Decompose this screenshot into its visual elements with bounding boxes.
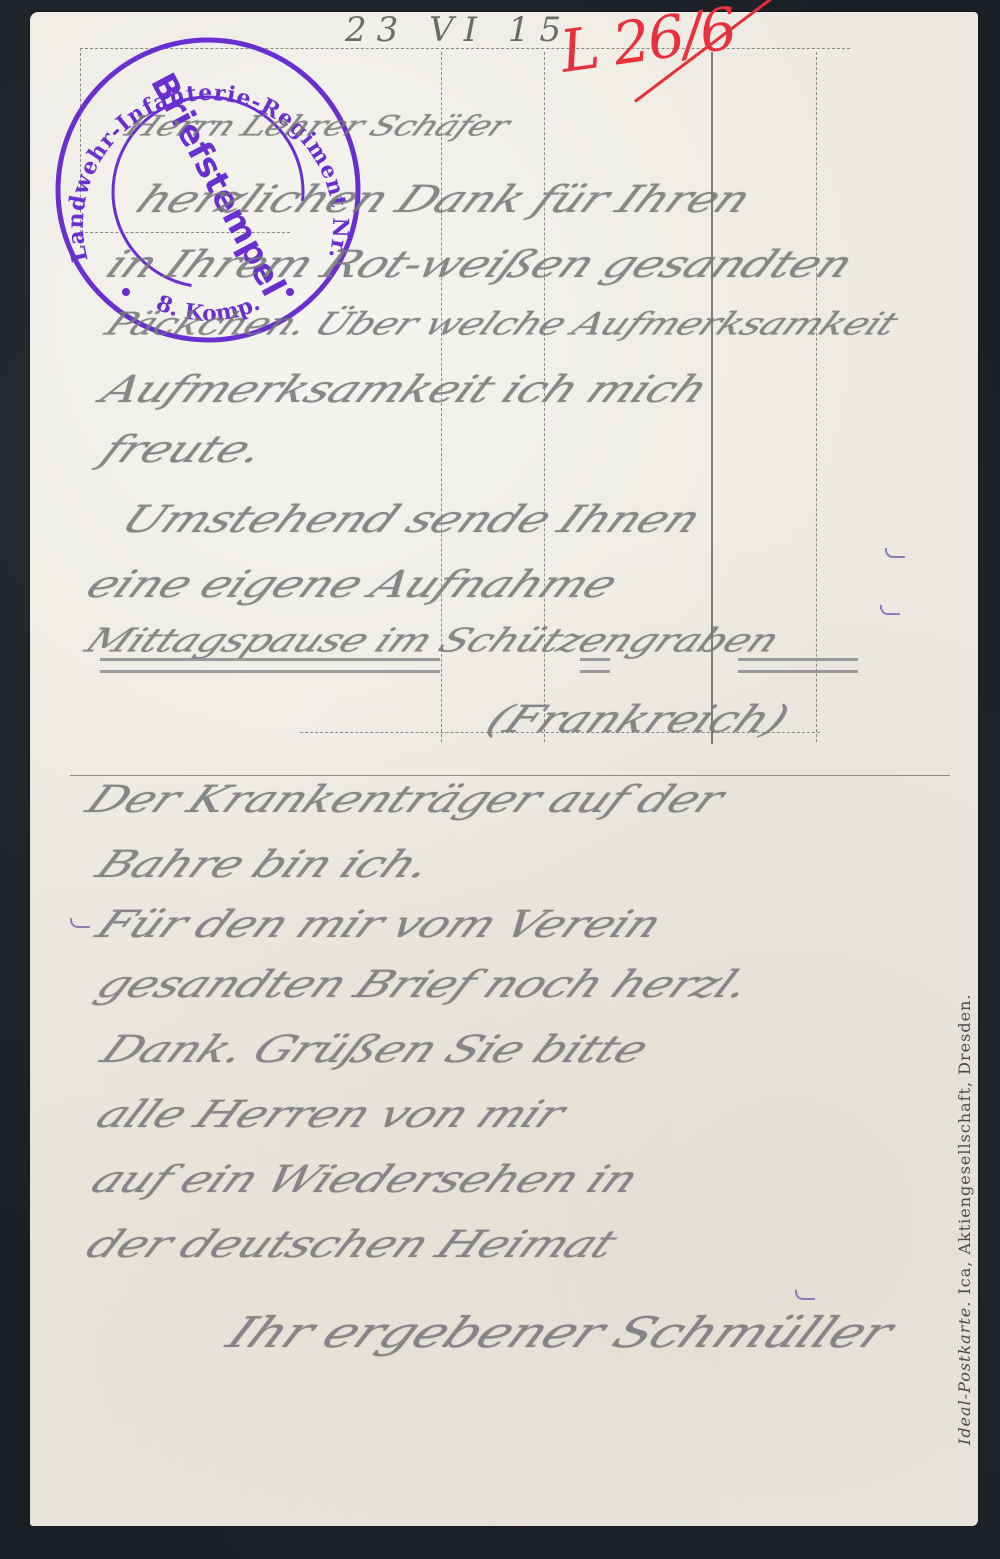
handwriting-line: Aufmerksamkeit ich mich (95, 371, 714, 408)
handwriting-line: Umstehend sende Ihnen (115, 501, 707, 538)
handwriting-line: Päckchen. Über welche Aufmerksamkeit (100, 309, 903, 340)
violet-mark (795, 1290, 815, 1300)
handwriting-line: (Frankreich) (480, 701, 795, 738)
underline-schuetzengraben (738, 658, 858, 673)
imprint-brand: Ideal-Postkarte. (955, 1301, 974, 1445)
handwriting-line: freute. (95, 431, 271, 468)
handwriting-line: Mittagspause im Schützengraben (80, 624, 785, 657)
handwriting-line: in Ihrem Rot-weißen gesandten (100, 246, 859, 283)
address-rule (70, 775, 950, 776)
handwriting-line: eine eigene Aufnahme (80, 566, 623, 603)
handwriting-line: gesandten Brief noch herzl. (90, 966, 757, 1003)
imprint-publisher: Ica, Aktiengesellschaft, Dresden. (955, 994, 974, 1295)
handwriting-line: Bahre bin ich. (90, 846, 438, 883)
underline-mittagspause (100, 658, 440, 673)
date-note: 23 VI 15 (345, 10, 571, 50)
handwriting-line: herzlichen Dank für Ihren (130, 181, 757, 218)
handwriting-line: Für den mir vom Verein (90, 906, 668, 943)
handwriting-line: Dank. Grüßen Sie bitte (95, 1031, 654, 1068)
handwriting-line: auf ein Wiedersehen in (85, 1161, 645, 1198)
violet-mark (885, 548, 905, 558)
violet-mark (880, 605, 900, 615)
publisher-imprint: Ideal-Postkarte. Ica, Aktiengesellschaft… (955, 994, 974, 1445)
underline-im (580, 658, 610, 673)
column-guide-3 (816, 52, 817, 742)
handwriting-line: Der Krankenträger auf der (80, 781, 730, 818)
handwriting-line: Herrn Lehrer Schäfer (120, 113, 514, 141)
handwriting-signature: Ihr ergebener Schmüller (220, 1312, 899, 1354)
handwriting-line: der deutschen Heimat (80, 1226, 623, 1263)
handwriting-line: alle Herren von mir (90, 1096, 571, 1133)
violet-mark (70, 918, 90, 928)
